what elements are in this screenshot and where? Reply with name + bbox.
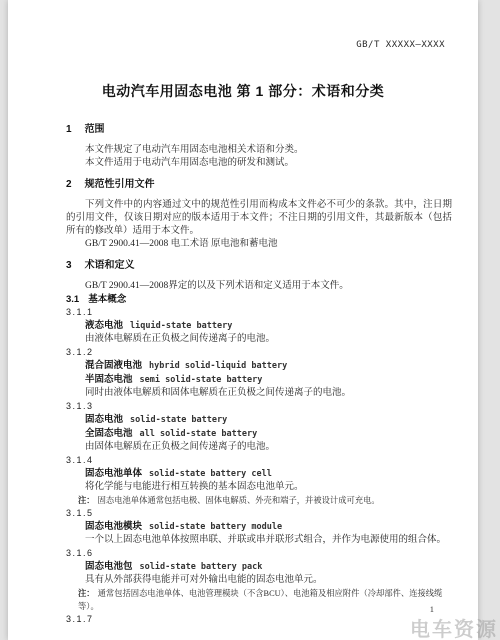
definition-text: 由液体电解质在正负极之间传递离子的电池。	[66, 333, 452, 346]
standard-code-header: GB/T XXXXX—XXXX	[356, 40, 445, 50]
subsection-heading: 3.1基本概念	[66, 293, 452, 306]
section-heading: 2规范性引用文件	[66, 178, 452, 191]
term-line: 全固态电池all solid-state battery	[66, 427, 452, 441]
definition-text: 将化学能与电能进行相互转换的基本固态电池单元。	[66, 481, 452, 494]
clause-number: 3.1.2	[66, 346, 452, 359]
paragraph: GB/T 2900.41—2008界定的以及下列术语和定义适用于本文件。	[66, 280, 452, 293]
definition-text: 由固体电解质在正负极之间传递离子的电池。	[66, 441, 452, 454]
term-line: 固态电池模块solid-state battery module	[66, 520, 452, 534]
clause-number: 3.1.5	[66, 507, 452, 520]
paragraph: 本文件规定了电动汽车用固态电池相关术语和分类。	[66, 144, 452, 157]
definition-text: 一个以上固态电池单体按照串联、并联或串并联形式组合，并作为电源使用的组合体。	[66, 534, 452, 547]
term-line: 液态电池liquid-state battery	[66, 319, 452, 333]
section-heading: 1范围	[66, 123, 452, 136]
clause-number: 3.1.6	[66, 547, 452, 560]
paragraph: 本文件适用于电动汽车用固态电池的研发和测试。	[66, 157, 452, 170]
clause-number: 3.1.4	[66, 454, 452, 467]
paragraph: 下列文件中的内容通过文中的规范性引用而构成本文件必不可少的条款。其中，注日期的引…	[66, 199, 452, 238]
document-body: 1范围本文件规定了电动汽车用固态电池相关术语和分类。本文件适用于电动汽车用固态电…	[66, 115, 452, 626]
page-title: 电动汽车用固态电池 第 1 部分：术语和分类	[8, 81, 478, 101]
term-line: 固态电池单体solid-state battery cell	[66, 467, 452, 481]
clause-number: 3.1.7	[66, 613, 452, 626]
clause-number: 3.1.1	[66, 306, 452, 319]
term-line: 混合固液电池hybrid solid-liquid battery	[66, 359, 452, 373]
term-line: 固态电池包solid-state battery pack	[66, 560, 452, 574]
term-line: 半固态电池semi solid-state battery	[66, 373, 452, 387]
note-line: 注：固态电池单体通常包括电极、固体电解质、外壳和端子，并被设计成可充电。	[66, 494, 452, 507]
definition-text: 同时由液体电解质和固体电解质在正负极之间传递离子的电池。	[66, 387, 452, 400]
note-line: 注：通常包括固态电池单体、电池管理模块（不含BCU）、电池箱及相应附件（冷却部件…	[66, 587, 452, 613]
document-page: GB/T XXXXX—XXXX 电动汽车用固态电池 第 1 部分：术语和分类 1…	[8, 0, 478, 640]
clause-number: 3.1.3	[66, 400, 452, 413]
term-line: 固态电池solid-state battery	[66, 413, 452, 427]
definition-text: 具有从外部获得电能并可对外输出电能的固态电池单元。	[66, 574, 452, 587]
screenshot-root: { "page": { "header_code": "GB/T XXXXX—X…	[0, 0, 500, 640]
watermark-text: 电车资源	[410, 613, 498, 640]
section-heading: 3术语和定义	[66, 259, 452, 272]
reference-entry: GB/T 2900.41—2008 电工术语 原电池和蓄电池	[66, 238, 452, 251]
